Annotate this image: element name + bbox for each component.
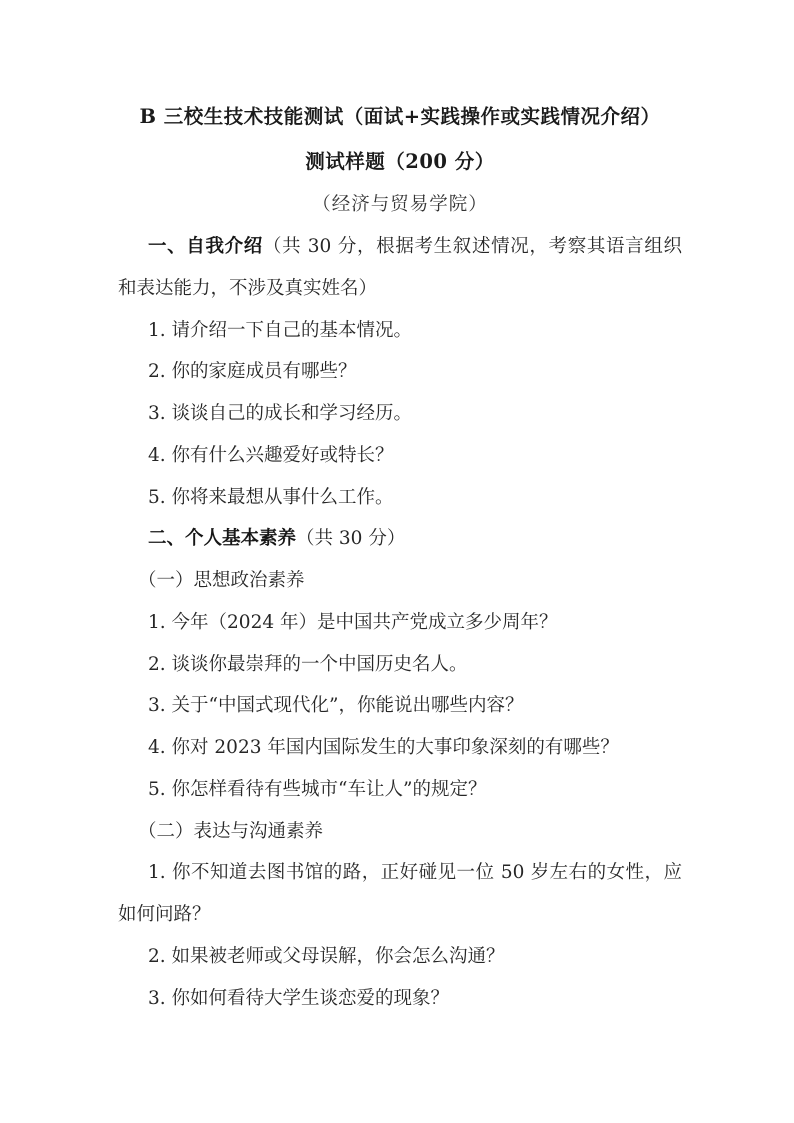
question-item: 2. 谈谈你最崇拜的一个中国历史名人。: [118, 644, 682, 686]
doc-title: B 三校生技术技能测试（面试+实践操作或实践情况介绍）: [118, 94, 682, 140]
section-1-heading: 一、自我介绍（共 30 分，根据考生叙述情况，考察其语言组织和表达能力，不涉及真…: [118, 226, 682, 310]
question-item: 2. 你的家庭成员有哪些？: [118, 351, 682, 393]
question-item: 3. 谈谈自己的成长和学习经历。: [118, 393, 682, 435]
section-2-heading: 二、个人基本素养（共 30 分）: [118, 518, 682, 560]
question-item: 5. 你怎样看待有些城市“车让人”的规定？: [118, 769, 682, 811]
doc-department: （经济与贸易学院）: [118, 184, 682, 226]
subsection-1-heading: （一）思想政治素养: [118, 560, 682, 602]
question-item: 3. 你如何看待大学生谈恋爱的现象？: [118, 978, 682, 1020]
subsection-2-heading: （二）表达与沟通素养: [118, 811, 682, 853]
question-item: 1. 今年（2024 年）是中国共产党成立多少周年？: [118, 602, 682, 644]
question-item: 1. 请介绍一下自己的基本情况。: [118, 310, 682, 352]
question-item: 3. 关于“中国式现代化”，你能说出哪些内容？: [118, 685, 682, 727]
section-2-heading-bold: 二、个人基本素养: [148, 528, 296, 549]
section-1-heading-bold: 一、自我介绍: [148, 236, 263, 257]
question-item: 4. 你有什么兴趣爱好或特长？: [118, 435, 682, 477]
question-item: 5. 你将来最想从事什么工作。: [118, 477, 682, 519]
question-item: 4. 你对 2023 年国内国际发生的大事印象深刻的有哪些？: [118, 727, 682, 769]
document-page: B 三校生技术技能测试（面试+实践操作或实践情况介绍） 测试样题（200 分） …: [0, 0, 794, 1123]
question-item: 1. 你不知道去图书馆的路，正好碰见一位 50 岁左右的女性，应如何问路？: [118, 852, 682, 936]
question-item: 2. 如果被老师或父母误解，你会怎么沟通？: [118, 936, 682, 978]
doc-subtitle: 测试样题（200 分）: [118, 140, 682, 184]
section-2-heading-rest: （共 30 分）: [296, 528, 405, 549]
